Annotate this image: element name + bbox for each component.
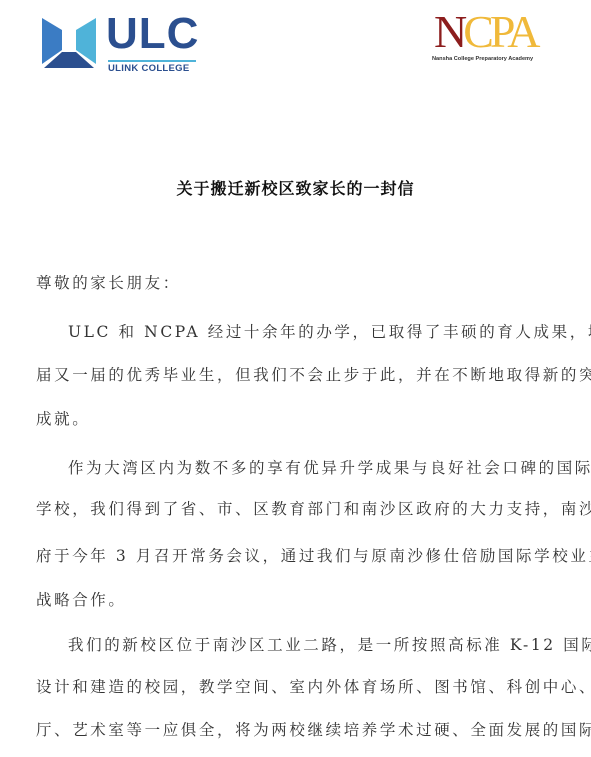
body-line: 届又一届的优秀毕业生，但我们不会止步于此，并在不断地取得新的突破和 — [36, 363, 591, 385]
body-line: 成就。 — [36, 407, 90, 429]
ulc-emblem-icon — [42, 16, 96, 68]
ulc-logo: ULC ULINK COLLEGE — [42, 14, 212, 70]
body-line: 设计和建造的校园，教学空间、室内外体育场所、图书馆、科创中心、音乐 — [36, 675, 591, 697]
ncpa-subtitle: Nansha College Preparatory Academy — [432, 56, 533, 62]
ulc-subtitle: ULINK COLLEGE — [108, 63, 189, 74]
ncpa-letter-n: N — [434, 6, 463, 57]
ncpa-letters-cpa: CPA — [463, 6, 536, 57]
body-line: 厅、艺术室等一应俱全，将为两校继续培养学术过硬、全面发展的国际公民 — [36, 718, 591, 740]
body-line: 府于今年 3 月召开常务会议，通过我们与原南沙修仕倍励国际学校业主方的 — [36, 544, 591, 566]
body-line: 作为大湾区内为数不多的享有优异升学成果与良好社会口碑的国际化 — [68, 456, 591, 478]
body-line: ULC 和 NCPA 经过十余年的办学，已取得了丰硕的育人成果，培养了一 — [68, 320, 591, 342]
ncpa-wordmark: NCPA — [434, 8, 537, 56]
letterhead: ULC ULINK COLLEGE NCPA Nansha College Pr… — [0, 0, 591, 90]
salutation: 尊敬的家长朋友： — [36, 271, 181, 293]
body-line: 学校，我们得到了省、市、区教育部门和南沙区政府的大力支持，南沙区政 — [36, 497, 591, 519]
ncpa-logo: NCPA Nansha College Preparatory Academy — [432, 10, 562, 70]
ulc-divider — [108, 60, 196, 62]
body-line: 我们的新校区位于南沙区工业二路，是一所按照高标准 K-12 国际学校 — [68, 633, 591, 655]
letter-title: 关于搬迁新校区致家长的一封信 — [0, 176, 591, 199]
body-line: 战略合作。 — [36, 588, 127, 610]
ulc-wordmark: ULC — [106, 10, 199, 58]
